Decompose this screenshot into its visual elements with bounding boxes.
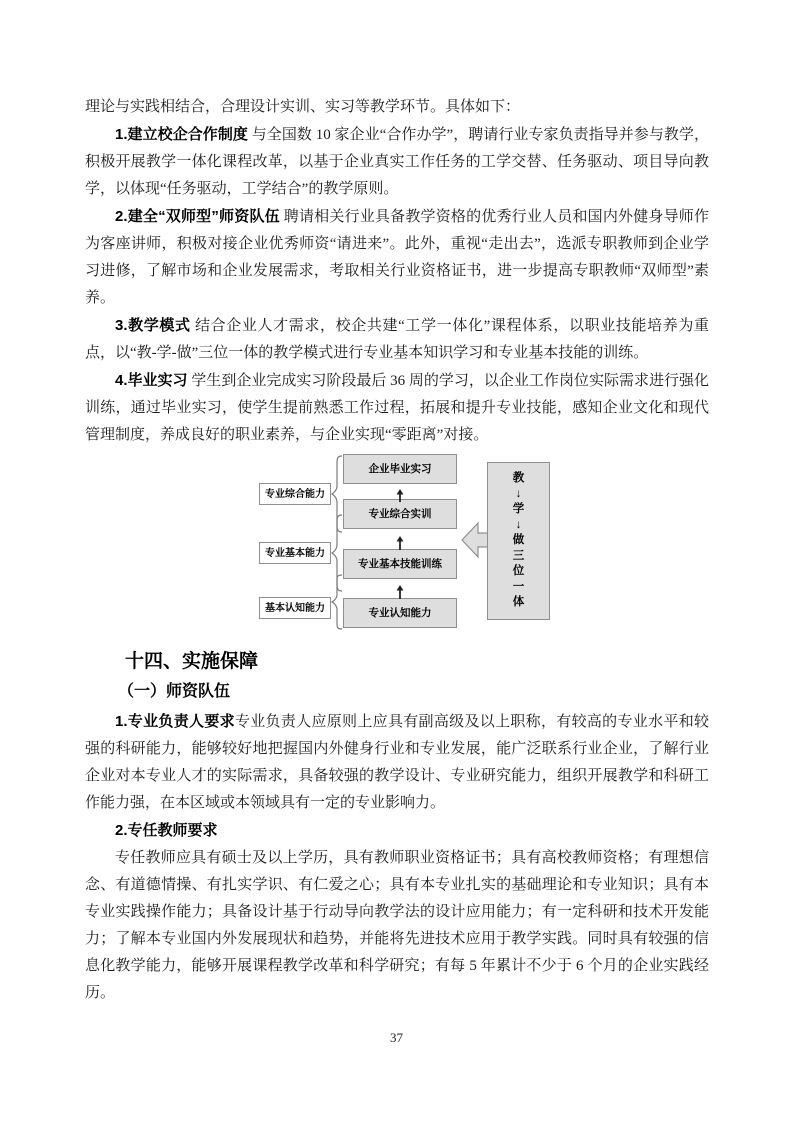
vbox-char: 位 — [513, 566, 525, 578]
item-4-label: 4.毕业实习 — [115, 372, 188, 389]
stage-box-graduation-internship: 企业毕业实习 — [343, 454, 457, 484]
item-3-label: 3.教学模式 — [115, 317, 191, 334]
vbox-char: 三 — [513, 551, 525, 563]
item-2-label: 2.建全“双师型”师资队伍 — [115, 208, 280, 225]
up-arrow-icon — [395, 533, 405, 560]
leader-requirement-label: 1.专业负责人要求 — [115, 713, 235, 730]
teacher-requirement-label: 2.专任教师要求 — [115, 822, 218, 839]
up-arrow-icon — [395, 485, 405, 512]
page-number: 37 — [0, 1030, 793, 1046]
vbox-char: 做 — [513, 535, 525, 547]
paragraph-teacher-requirement-heading: 2.专任教师要求 — [85, 817, 709, 845]
teach-learn-do-box: 教 ↓ 学 ↓ 做 三 位 一 体 — [487, 462, 550, 620]
item-1-label: 1.建立校企合作制度 — [115, 126, 248, 143]
brace-icon — [331, 574, 343, 640]
document-page: 理论与实践相结合，合理设计实训、实习等教学环节。具体如下： 1.建立校企合作制度… — [0, 0, 793, 1122]
left-block-arrow-icon — [461, 521, 489, 569]
ability-box-comprehensive: 专业综合能力 — [259, 483, 331, 505]
training-mode-diagram: 专业综合能力 专业基本能力 基本认知能力 企业毕业实习 专业综合实训 专业基本技… — [0, 452, 793, 642]
vbox-char: 体 — [513, 597, 525, 609]
section-subheading: （一）师资队伍 — [118, 681, 709, 703]
paragraph-item-2: 2.建全“双师型”师资队伍 聘请相关行业具备教学资格的优秀行业人员和国内外健身导… — [85, 203, 709, 312]
vbox-char: 学 — [513, 504, 525, 516]
ability-box-basic: 专业基本能力 — [259, 542, 331, 564]
paragraph-intro: 理论与实践相结合，合理设计实训、实习等教学环节。具体如下： — [85, 94, 709, 121]
paragraph-item-3: 3.教学模式 结合企业人才需求，校企共建“工学一体化”课程体系，以职业技能培养为… — [85, 312, 709, 367]
vbox-char: 教 — [513, 473, 525, 485]
paragraph-item-1: 1.建立校企合作制度 与全国数 10 家企业“合作办学”，聘请行业专家负责指导并… — [85, 121, 709, 203]
ability-box-cognitive: 基本认知能力 — [259, 597, 331, 619]
paragraph-item-4: 4.毕业实习 学生到企业完成实习阶段最后 36 周的学习，以企业工作岗位实际需求… — [85, 367, 709, 449]
up-arrow-icon — [395, 582, 405, 609]
section-heading: 十四、实施保障 — [125, 650, 709, 674]
paragraph-leader-requirement: 1.专业负责人要求专业负责人应原则上应具有副高级及以上职称，有较高的专业水平和较… — [85, 708, 709, 817]
paragraph-teacher-requirement-text: 专任教师应具有硕士及以上学历，具有教师职业资格证书；具有高校教师资格；有理想信念… — [85, 845, 709, 1007]
vbox-char: 一 — [513, 582, 525, 594]
down-arrow-icon: ↓ — [516, 520, 522, 532]
down-arrow-icon: ↓ — [516, 489, 522, 501]
